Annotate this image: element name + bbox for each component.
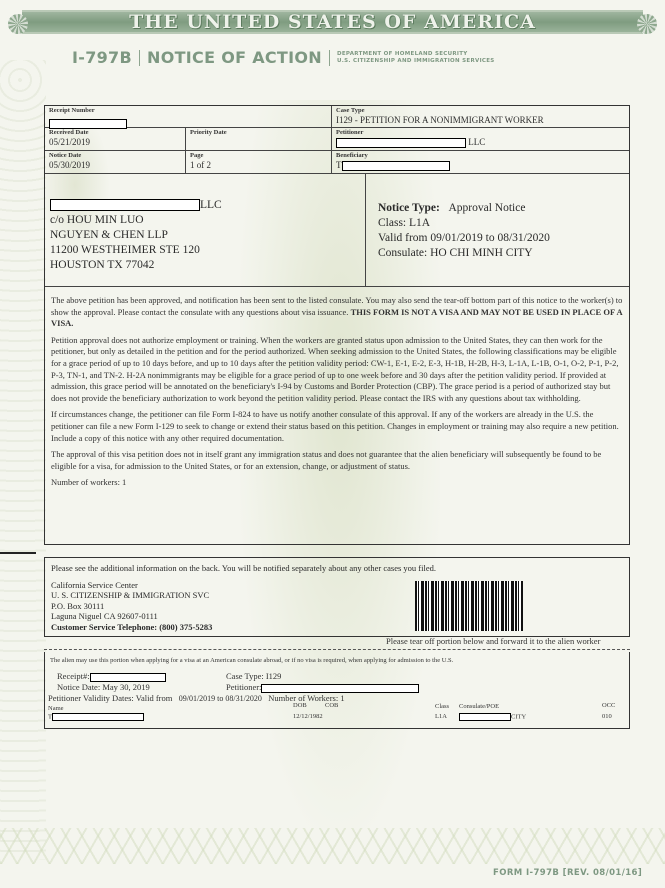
received-date: 05/21/2019 <box>49 137 182 148</box>
beneficiary-cell: Beneficiary T <box>332 151 629 173</box>
bottom-security-pattern <box>0 828 665 864</box>
redacted-petitioner <box>336 138 466 148</box>
notice-body: The above petition has been approved, an… <box>45 287 629 489</box>
tear-line <box>44 649 630 650</box>
tear-class: L1A <box>435 713 447 720</box>
form-heading: I-797B NOTICE OF ACTION DEPARTMENT OF HO… <box>72 48 495 67</box>
page-cell: Page 1 of 2 <box>186 151 332 173</box>
tear-dob: 12/12/1982 <box>293 713 323 720</box>
tear-notice-date: Notice Date: May 30, 2019 <box>57 682 150 692</box>
notice-type: Approval Notice <box>448 202 525 214</box>
banner-title: THE UNITED STATES OF AMERICA <box>129 11 536 33</box>
approval-paragraph: The above petition has been approved, an… <box>51 295 623 330</box>
receipt-row: Receipt Number Case Type I129 - PETITION… <box>45 106 629 128</box>
notice-type-label: Notice Type: <box>378 202 440 214</box>
priority-date-cell: Priority Date <box>186 128 332 150</box>
validity-period: Valid from 09/01/2019 to 08/31/2020 <box>378 231 629 246</box>
divider <box>139 50 140 66</box>
fold-mark <box>0 552 36 554</box>
address-notice-row: LLC c/o HOU MIN LUO NGUYEN & CHEN LLP 11… <box>45 174 629 287</box>
dates-row: Received Date 05/21/2019 Priority Date P… <box>45 128 629 151</box>
service-center-box: Please see the additional information on… <box>44 557 630 637</box>
notice-row: Notice Date 05/30/2019 Page 1 of 2 Benef… <box>45 151 629 174</box>
visa-class: Class: L1A <box>378 216 629 231</box>
redacted-receipt <box>90 673 166 682</box>
service-center-address: California Service Center U. S. CITIZENS… <box>51 580 623 633</box>
rosette-icon <box>8 14 28 34</box>
form-number: I-797B <box>72 48 132 67</box>
tear-off-intro: The alien may use this portion when appl… <box>50 657 453 664</box>
tear-petitioner: Petitioner: <box>226 682 419 693</box>
redacted-petitioner-tear <box>261 684 419 693</box>
petitioner-cell: Petitioner LLC <box>332 128 629 150</box>
case-type-cell: Case Type I129 - PETITION FOR A NONIMMIG… <box>332 106 629 127</box>
redacted-name <box>52 713 144 721</box>
status-paragraph: The approval of this visa petition does … <box>51 449 623 472</box>
agency-name: DEPARTMENT OF HOMELAND SECURITY U.S. CIT… <box>337 51 495 65</box>
additional-info-note: Please see the additional information on… <box>51 563 623 574</box>
redacted-beneficiary <box>342 161 450 171</box>
receipt-number-cell: Receipt Number <box>45 106 332 127</box>
received-date-cell: Received Date 05/21/2019 <box>45 128 186 150</box>
tear-off-instruction: Please tear off portion below and forwar… <box>386 636 600 646</box>
notice-date: 05/30/2019 <box>49 160 182 171</box>
tear-case-type: Case Type: I129 <box>226 671 281 681</box>
mailing-address: LLC c/o HOU MIN LUO NGUYEN & CHEN LLP 11… <box>45 174 366 286</box>
barcode <box>415 581 523 631</box>
tear-off-portion: The alien may use this portion when appl… <box>44 652 630 729</box>
tear-consulate: CITY <box>459 713 526 721</box>
form-revision: FORM I-797B [REV. 08/01/16] <box>493 868 642 878</box>
tear-occ: 010 <box>602 713 612 720</box>
form-title: NOTICE OF ACTION <box>147 48 322 67</box>
tear-receipt: Receipt#: <box>57 671 166 682</box>
rosette-icon <box>637 14 657 34</box>
consulate: Consulate: HO CHI MINH CITY <box>378 246 629 261</box>
notice-details: Notice Type: Approval Notice Class: L1A … <box>366 174 629 286</box>
divider <box>329 50 330 66</box>
customer-service-phone: Customer Service Telephone: (800) 375-52… <box>51 622 623 633</box>
redacted-consulate <box>459 713 511 721</box>
redacted-company-name <box>50 199 200 211</box>
header-banner: THE UNITED STATES OF AMERICA <box>22 10 643 34</box>
page-number: 1 of 2 <box>190 160 328 171</box>
employment-paragraph: Petition approval does not authorize emp… <box>51 335 623 405</box>
case-type: I129 - PETITION FOR A NONIMMIGRANT WORKE… <box>336 115 626 126</box>
notice-date-cell: Notice Date 05/30/2019 <box>45 151 186 173</box>
notice-form: Receipt Number Case Type I129 - PETITION… <box>44 105 630 545</box>
tear-name: T <box>48 713 144 721</box>
number-of-workers: Number of workers: 1 <box>51 477 623 489</box>
circumstances-paragraph: If circumstances change, the petitioner … <box>51 409 623 444</box>
